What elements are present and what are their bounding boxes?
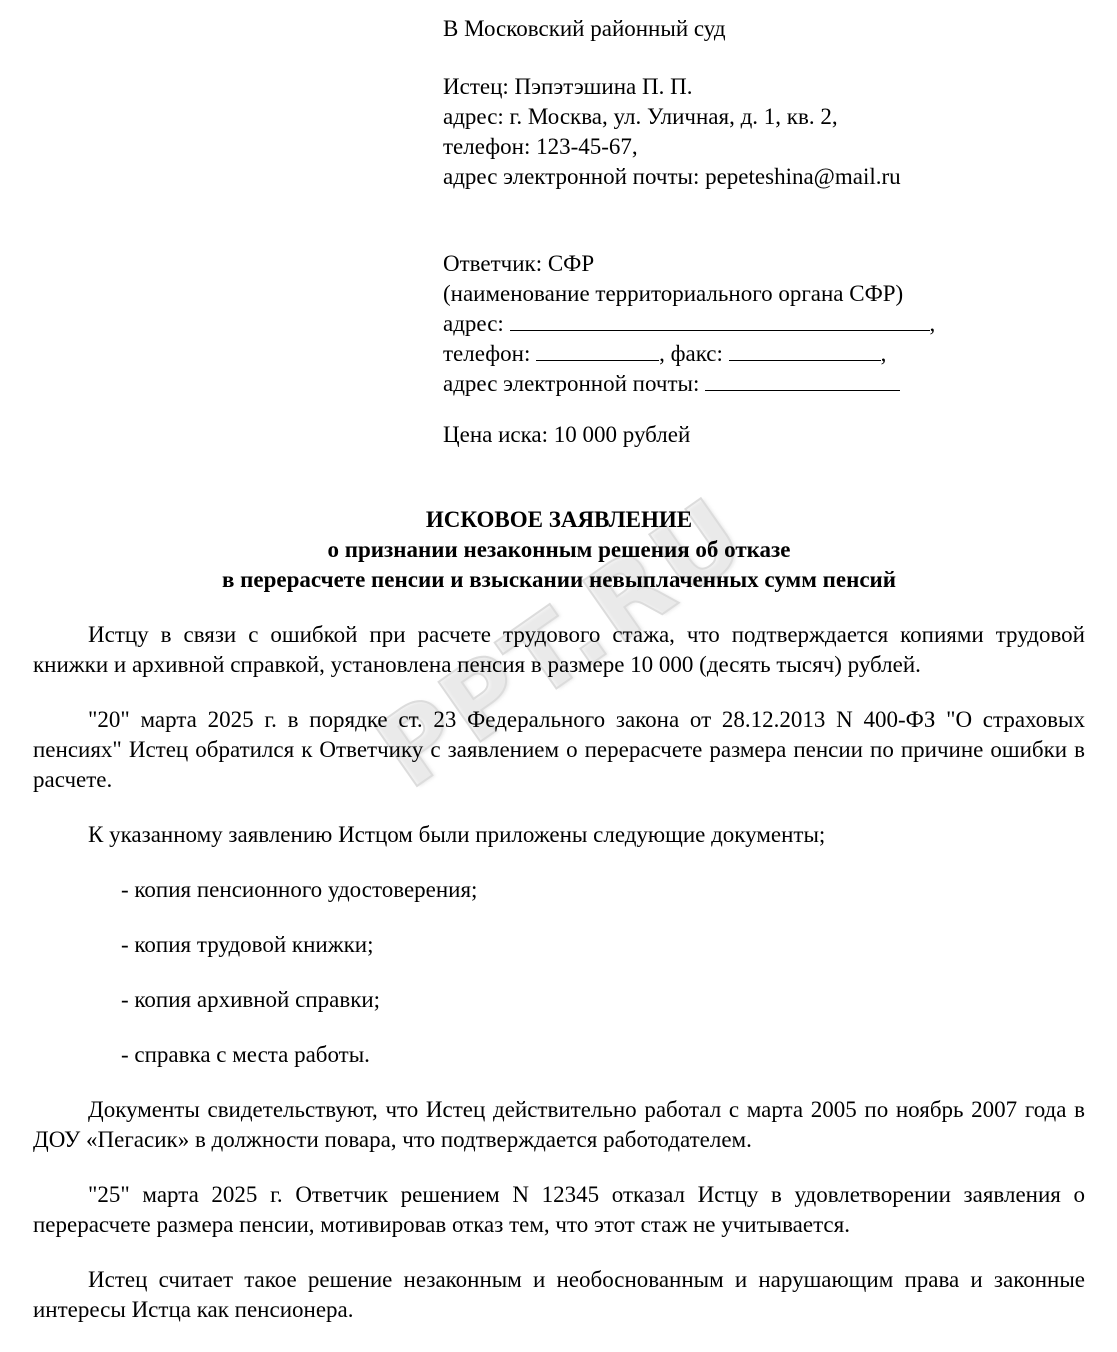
document-content: В Московский районный суд Истец: Пэпэтэш…	[0, 0, 1117, 1325]
paragraph-application-filed: "20" марта 2025 г. в порядке ст. 23 Феде…	[33, 705, 1085, 795]
paragraph-pension-established: Истцу в связи с ошибкой при расчете труд…	[33, 620, 1085, 680]
defendant-block: Ответчик: СФР (наименование территориаль…	[443, 249, 1085, 399]
plaintiff-block: Истец: Пэпэтэшина П. П. адрес: г. Москва…	[443, 72, 1085, 192]
defendant-name-line: Ответчик: СФР	[443, 249, 1085, 279]
defendant-address-blank-field	[510, 310, 930, 331]
paragraph-attachments-intro: К указанному заявлению Истцом были прило…	[33, 820, 1085, 850]
plaintiff-phone-line: телефон: 123-45-67,	[443, 132, 1085, 162]
title-line-2: о признании незаконным решения об отказе	[33, 535, 1085, 565]
defendant-address-comma: ,	[930, 311, 936, 336]
court-name-line: В Московский районный суд	[443, 14, 1085, 44]
attachment-item-pension-certificate: - копия пенсионного удостоверения;	[121, 875, 1085, 905]
document-page: PPT.RU В Московский районный суд Истец: …	[0, 0, 1117, 1352]
defendant-address-label: адрес:	[443, 311, 504, 336]
claim-price-block: Цена иска: 10 000 рублей	[443, 420, 1085, 450]
claim-price-line: Цена иска: 10 000 рублей	[443, 420, 1085, 450]
title-line-3: в перерасчете пенсии и взыскании невыпла…	[33, 565, 1085, 595]
defendant-phone-label: телефон:	[443, 341, 530, 366]
defendant-phone-fax-line: телефон: , факс: ,	[443, 339, 1085, 369]
plaintiff-name-line: Истец: Пэпэтэшина П. П.	[443, 72, 1085, 102]
defendant-address-line: адрес: ,	[443, 309, 1085, 339]
attachment-item-work-certificate: - справка с места работы.	[121, 1040, 1085, 1070]
defendant-email-line: адрес электронной почты:	[443, 369, 1085, 399]
defendant-fax-comma: ,	[881, 341, 887, 366]
paragraph-plaintiff-opinion: Истец считает такое решение незаконным и…	[33, 1265, 1085, 1325]
paragraph-refusal-decision: "25" марта 2025 г. Ответчик решением N 1…	[33, 1180, 1085, 1240]
plaintiff-email-line: адрес электронной почты: pepeteshina@mai…	[443, 162, 1085, 192]
defendant-fax-blank-field	[729, 340, 881, 361]
plaintiff-address-line: адрес: г. Москва, ул. Уличная, д. 1, кв.…	[443, 102, 1085, 132]
attachment-item-archive-certificate: - копия архивной справки;	[121, 985, 1085, 1015]
document-title: ИСКОВОЕ ЗАЯВЛЕНИЕ о признании незаконным…	[33, 505, 1085, 595]
defendant-org-note-line: (наименование территориального органа СФ…	[443, 279, 1085, 309]
defendant-phone-blank-field	[536, 340, 659, 361]
attachment-item-work-book: - копия трудовой книжки;	[121, 930, 1085, 960]
title-line-1: ИСКОВОЕ ЗАЯВЛЕНИЕ	[33, 505, 1085, 535]
defendant-fax-label: , факс:	[659, 341, 723, 366]
paragraph-documents-prove: Документы свидетельствуют, что Истец дей…	[33, 1095, 1085, 1155]
court-header: В Московский районный суд	[443, 14, 1085, 44]
defendant-email-label: адрес электронной почты:	[443, 371, 699, 396]
defendant-email-blank-field	[705, 370, 900, 391]
